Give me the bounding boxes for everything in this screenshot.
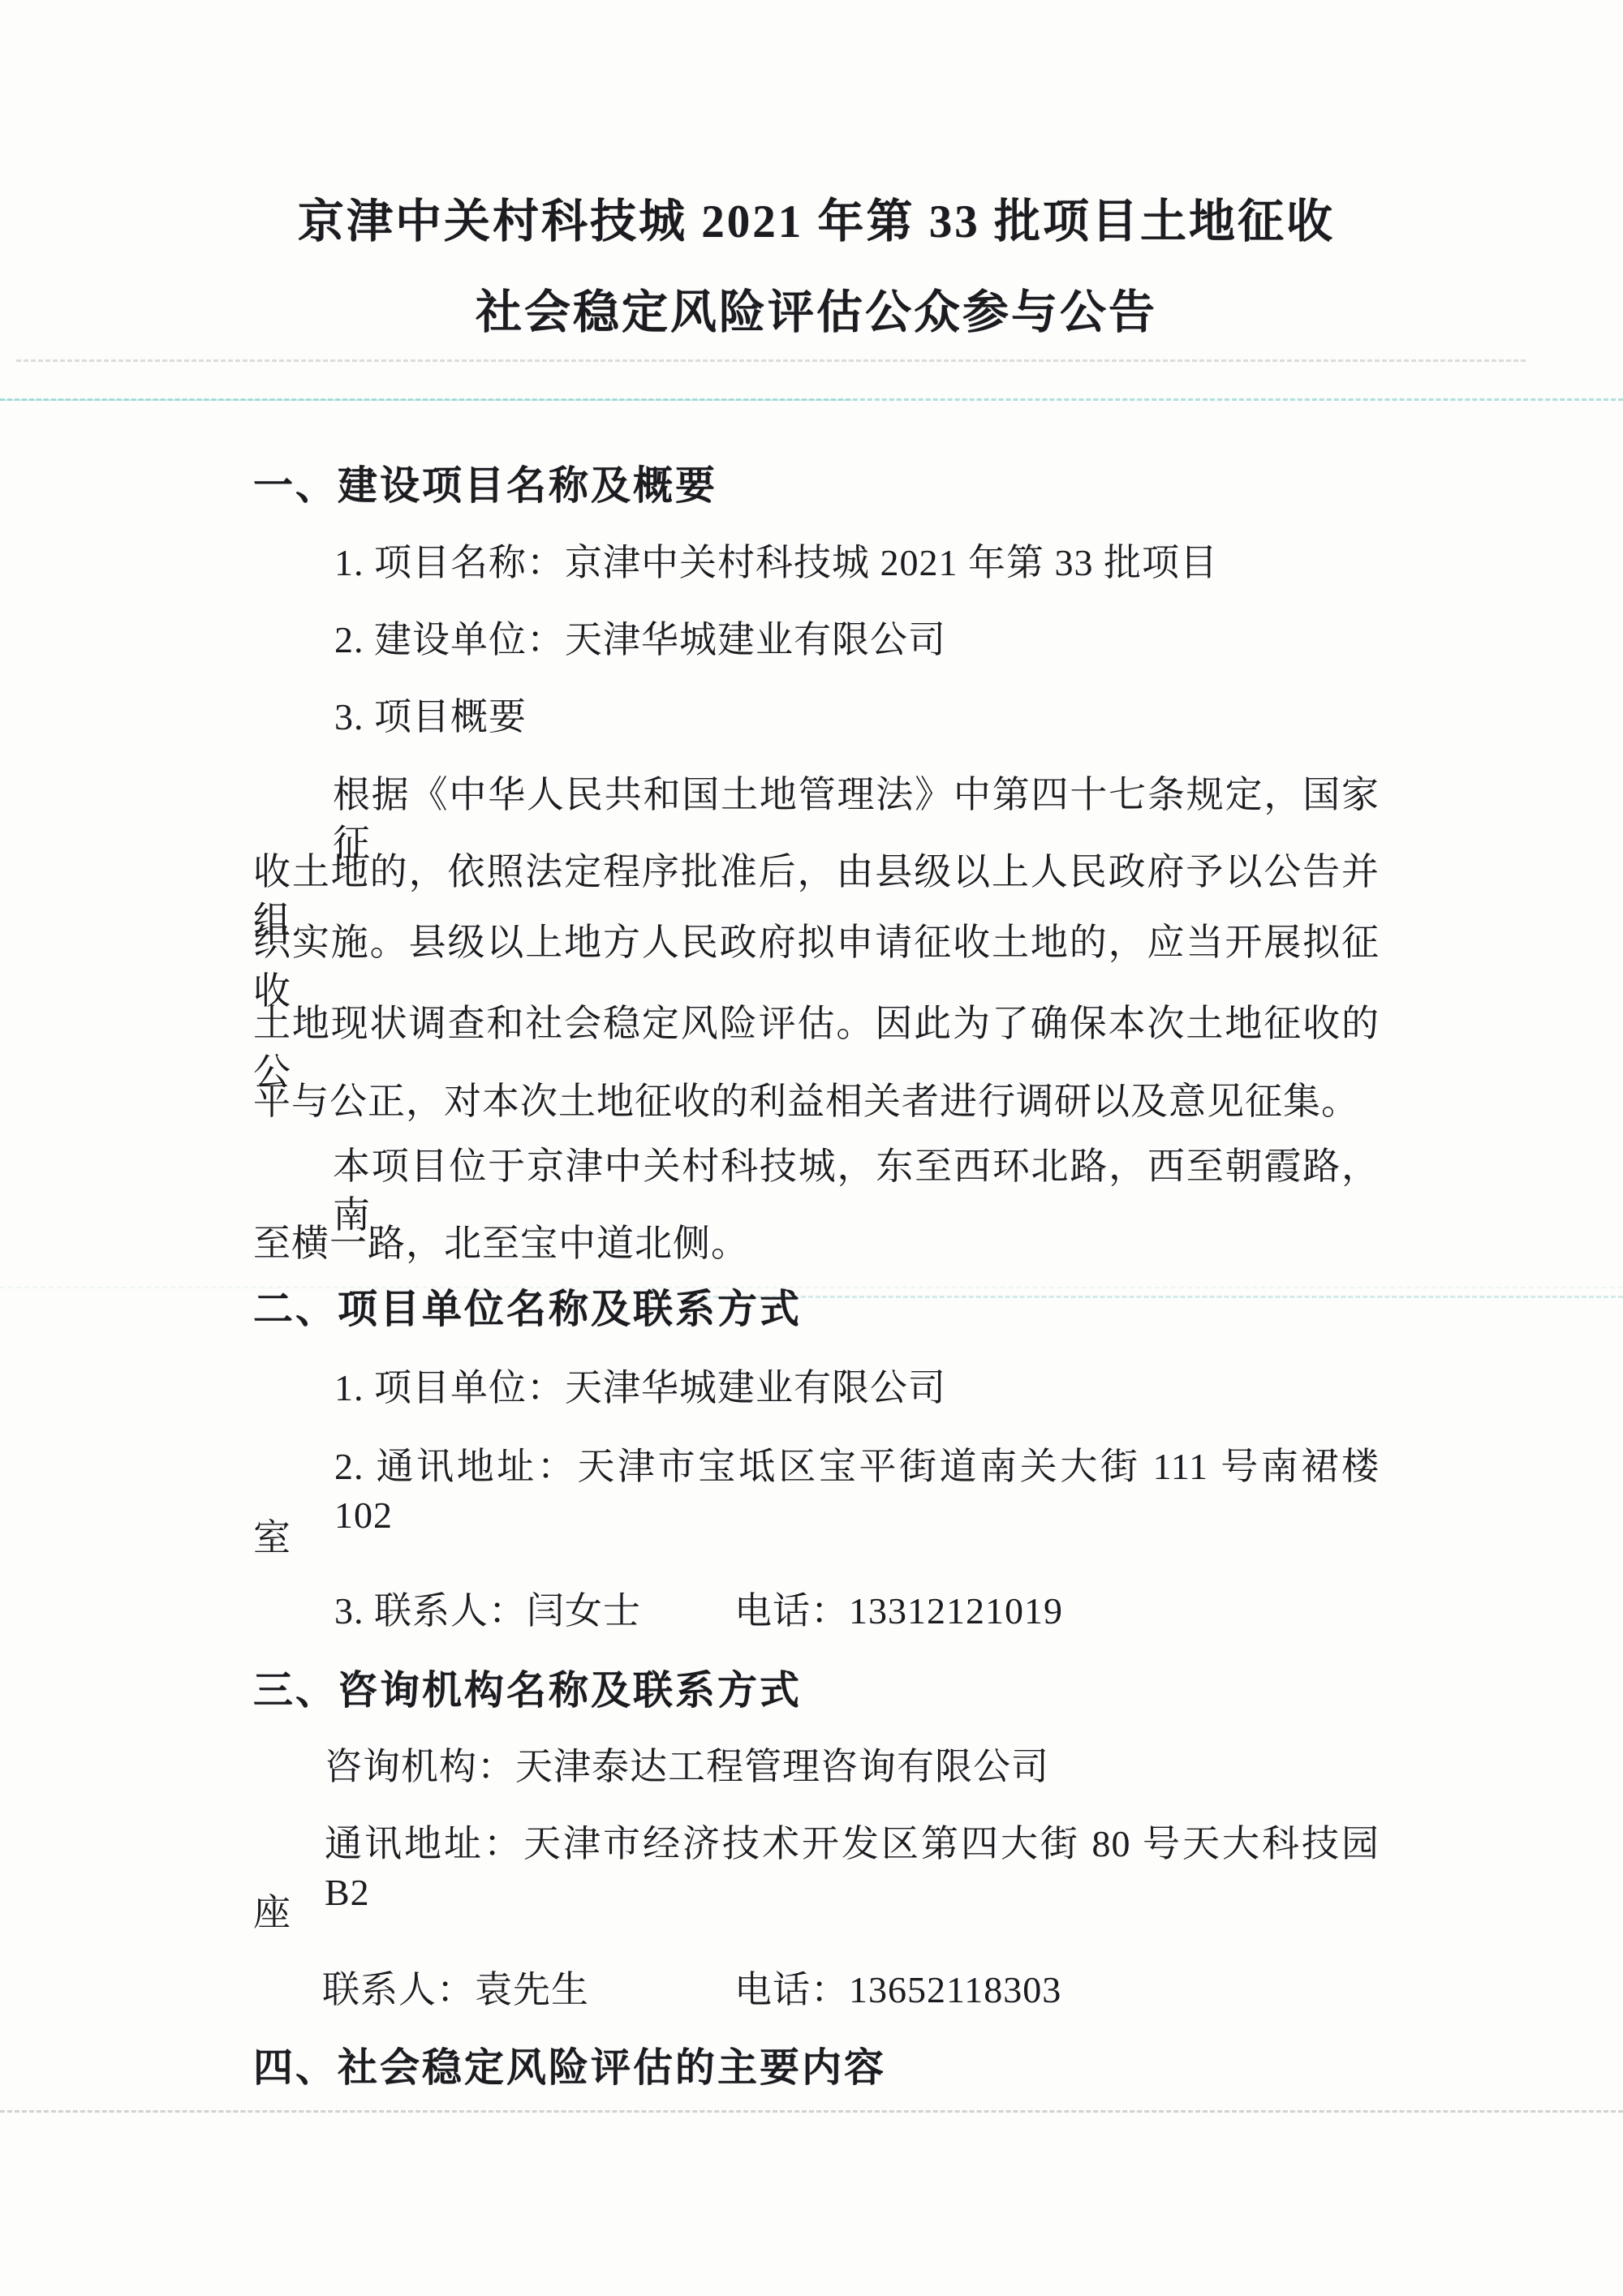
section-2-item-address-line2: 室	[253, 1514, 1380, 1563]
section-2-heading: 二、项目单位名称及联系方式	[253, 1284, 1380, 1335]
section-2-contact-person: 3. 联系人：闫女士	[334, 1587, 641, 1636]
document-body: 京津中关村科技城 2021 年第 33 批项目土地征收 社会稳定风险评估公众参与…	[253, 0, 1380, 2296]
paragraph-2-line-2: 至横一路，北至宝中道北侧。	[253, 1219, 1380, 1268]
section-1-heading: 一、建设项目名称及概要	[253, 461, 1380, 511]
section-2-contact-phone: 电话：13312121019	[734, 1587, 1063, 1636]
section-2-item-project-unit: 1. 项目单位：天津华城建业有限公司	[253, 1364, 1380, 1412]
scanned-document-page: 京津中关村科技城 2021 年第 33 批项目土地征收 社会稳定风险评估公众参与…	[0, 0, 1623, 2296]
section-3-contact-person: 联系人：袁先生	[322, 1966, 589, 2014]
section-1-item-project-overview: 3. 项目概要	[253, 693, 1380, 742]
section-1-item-project-name: 1. 项目名称：京津中关村科技城 2021 年第 33 批项目	[253, 539, 1380, 587]
section-4-heading: 四、社会稳定风险评估的主要内容	[253, 2043, 1380, 2093]
section-3-heading: 三、咨询机构名称及联系方式	[253, 1666, 1380, 1716]
section-3-contact-phone: 电话：13652118303	[734, 1966, 1061, 2014]
document-title-line1: 京津中关村科技城 2021 年第 33 批项目土地征收	[253, 193, 1380, 252]
document-title-line2: 社会稳定风险评估公众参与公告	[253, 284, 1380, 342]
section-1-item-construction-unit: 2. 建设单位：天津华城建业有限公司	[253, 616, 1380, 664]
paragraph-1-line-5: 平与公正，对本次土地征收的利益相关者进行调研以及意见征集。	[253, 1077, 1380, 1126]
section-3-agency: 咨询机构：天津泰达工程管理咨询有限公司	[253, 1743, 1380, 1791]
section-3-address-line2: 座	[253, 1889, 1380, 1937]
